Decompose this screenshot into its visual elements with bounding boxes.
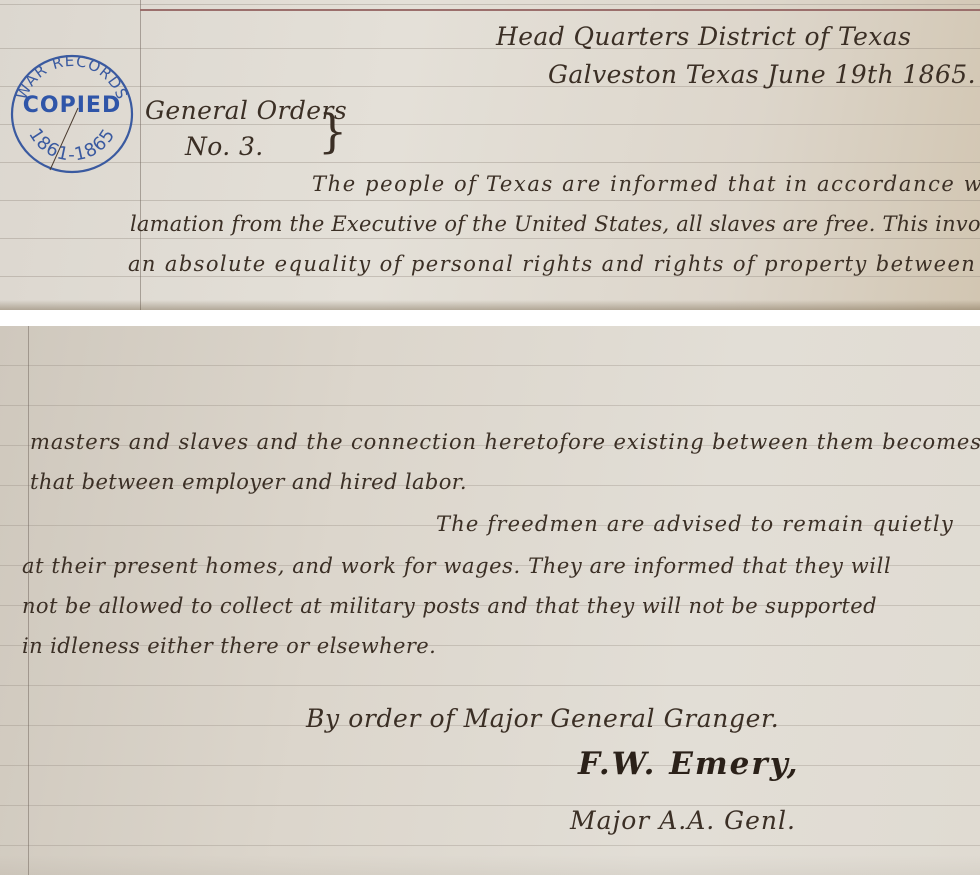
body-bottom-line-2: that between employer and hired labor. [30,470,467,494]
heading-line-1: Head Quarters District of Texas [496,22,911,51]
brace-icon: } [318,108,347,154]
body-bottom-line-5: not be allowed to collect at military po… [22,594,877,618]
document-panel-top: WAR RECORDS COPIED 1861-1865 Head Quarte… [0,0,980,310]
heading-line-2: Galveston Texas June 19th 1865. [548,60,976,89]
body-top-line-2: lamation from the Executive of the Unite… [130,212,980,236]
body-bottom-line-4: at their present homes, and work for wag… [22,554,891,578]
body-top-line-1: The people of Texas are informed that in… [312,172,980,196]
order-label-line-2: No. 3. [185,132,264,161]
by-order-line: By order of Major General Granger. [306,704,779,733]
order-label-line-1: General Orders [145,96,347,125]
signer-title: Major A.A. Genl. [570,806,796,835]
page-edge-shadow [0,300,980,310]
body-bottom-line-3: The freedmen are advised to remain quiet… [436,512,954,536]
body-bottom-line-6: in idleness either there or elsewhere. [22,634,436,658]
body-top-line-3: an absolute equality of personal rights … [128,252,980,276]
body-bottom-line-1: masters and slaves and the connection he… [30,430,980,454]
top-red-rule [140,9,980,11]
war-records-stamp-icon: WAR RECORDS COPIED 1861-1865 [6,48,136,176]
svg-text:1861-1865: 1861-1865 [24,125,119,166]
svg-text:COPIED: COPIED [23,93,121,118]
signature: F.W. Emery, [578,746,800,782]
document-panel-bottom: masters and slaves and the connection he… [0,326,980,875]
